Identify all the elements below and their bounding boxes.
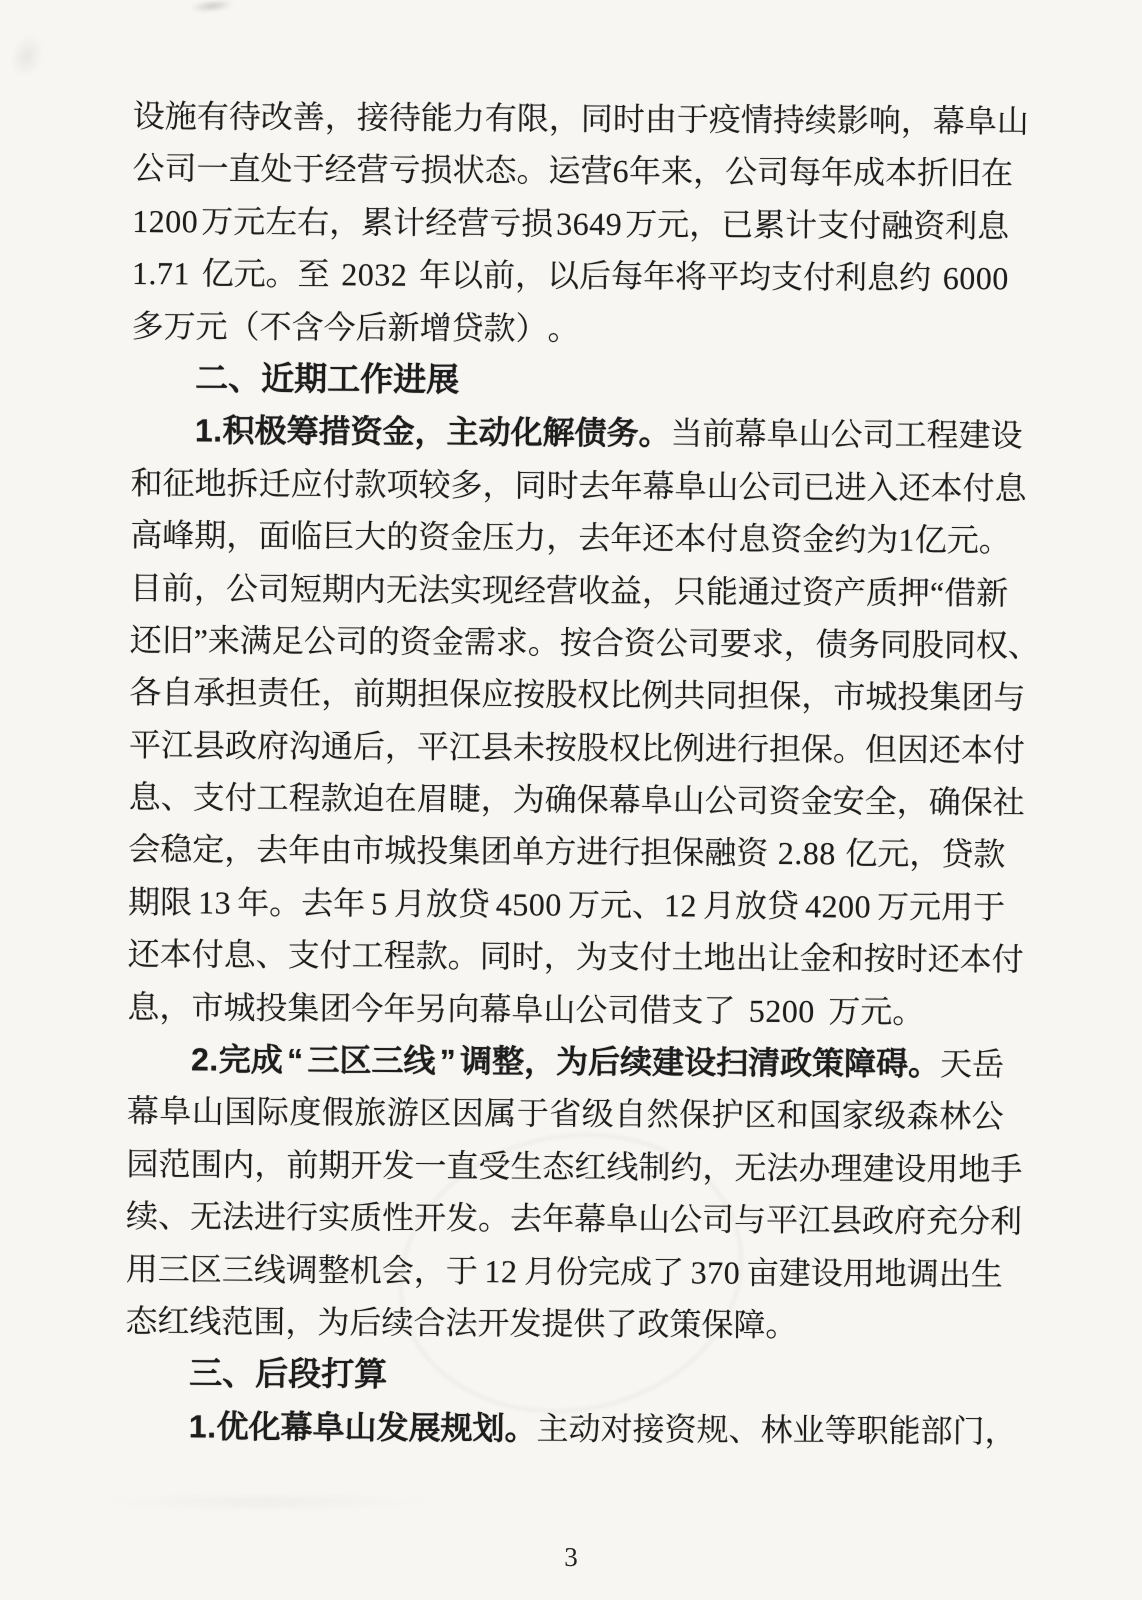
text-line: 期限13年。去年5月放贷4500万元、12月放贷4200万元用于: [128, 876, 1005, 934]
scan-smudge-top: [189, 0, 234, 14]
document-body: 设施有待改善，接待能力有限，同时由于疫情持续影响，幕阜山公司一直处于经营亏损状态…: [125, 90, 1010, 1457]
text-line: 1.积极筹措资金，主动化解债务。当前幕阜山公司工程建设: [131, 404, 1008, 462]
text-line: 还旧”来满足公司的资金需求。按合资公司要求，债务同股同权、: [129, 614, 1006, 672]
text-line: 幕阜山国际度假旅游区因属于省级自然保护区和国家级森林公: [127, 1085, 1004, 1143]
text-line: 目前，公司短期内无法实现经营收益，只能通过资产质押“借新: [130, 562, 1007, 620]
text-line: 续、无法进行实质性开发。去年幕阜山公司与平江县政府充分利: [126, 1190, 1003, 1248]
text-line: 公司一直处于经营亏损状态。运营6年来，公司每年成本折旧在: [132, 142, 1009, 200]
text-line: 1.71亿元。至2032年以前，以后每年将平均支付利息约6000: [132, 247, 1009, 305]
text-line: 高峰期，面临巨大的资金压力，去年还本付息资金约为1亿元。: [130, 509, 1007, 567]
text-line: 多万元（不含今后新增贷款）。: [131, 300, 1008, 358]
text-line: 还本付息、支付工程款。同时，为支付土地出让金和按时还本付: [128, 928, 1005, 986]
text-line: 和征地拆迁应付款项较多，同时去年幕阜山公司已进入还本付息: [130, 457, 1007, 515]
page-number: 3: [0, 1542, 1142, 1573]
text-line: 1200万元左右，累计经营亏损3649万元，已累计支付融资利息: [132, 195, 1009, 253]
text-line: 平江县政府沟通后，平江县未按股权比例进行担保。但因还本付: [129, 719, 1006, 777]
text-line: 园范围内，前期开发一直受生态红线制约，无法办理建设用地手: [126, 1138, 1003, 1196]
section-heading: 二、近期工作进展: [131, 352, 1008, 410]
text-line: 用三区三线调整机会，于12月份完成了370亩建设用地调出生: [126, 1243, 1003, 1301]
scan-smudge-left: [5, 30, 48, 82]
text-line: 会稳定，去年由市城投集团单方进行担保融资2.88亿元，贷款: [128, 823, 1005, 881]
scan-smudge-bottom: [105, 1494, 425, 1510]
text-line: 态红线范围，为后续合法开发提供了政策保障。: [125, 1295, 1002, 1353]
section-heading: 三、后段打算: [125, 1347, 1002, 1405]
scanned-document-page: 设施有待改善，接待能力有限，同时由于疫情持续影响，幕阜山公司一直处于经营亏损状态…: [0, 0, 1142, 1600]
text-line: 1.优化幕阜山发展规划。主动对接资规、林业等职能部门，: [125, 1400, 1002, 1458]
text-line: 设施有待改善，接待能力有限，同时由于疫情持续影响，幕阜山: [133, 90, 1010, 148]
text-line: 各自承担责任，前期担保应按股权比例共同担保，市城投集团与: [129, 666, 1006, 724]
text-line: 2.完成“三区三线”调整，为后续建设扫清政策障碍。天岳: [127, 1033, 1004, 1091]
text-line: 息、支付工程款迫在眉睫，为确保幕阜山公司资金安全，确保社: [129, 771, 1006, 829]
text-line: 息，市城投集团今年另向幕阜山公司借支了5200万元。: [127, 981, 1004, 1039]
